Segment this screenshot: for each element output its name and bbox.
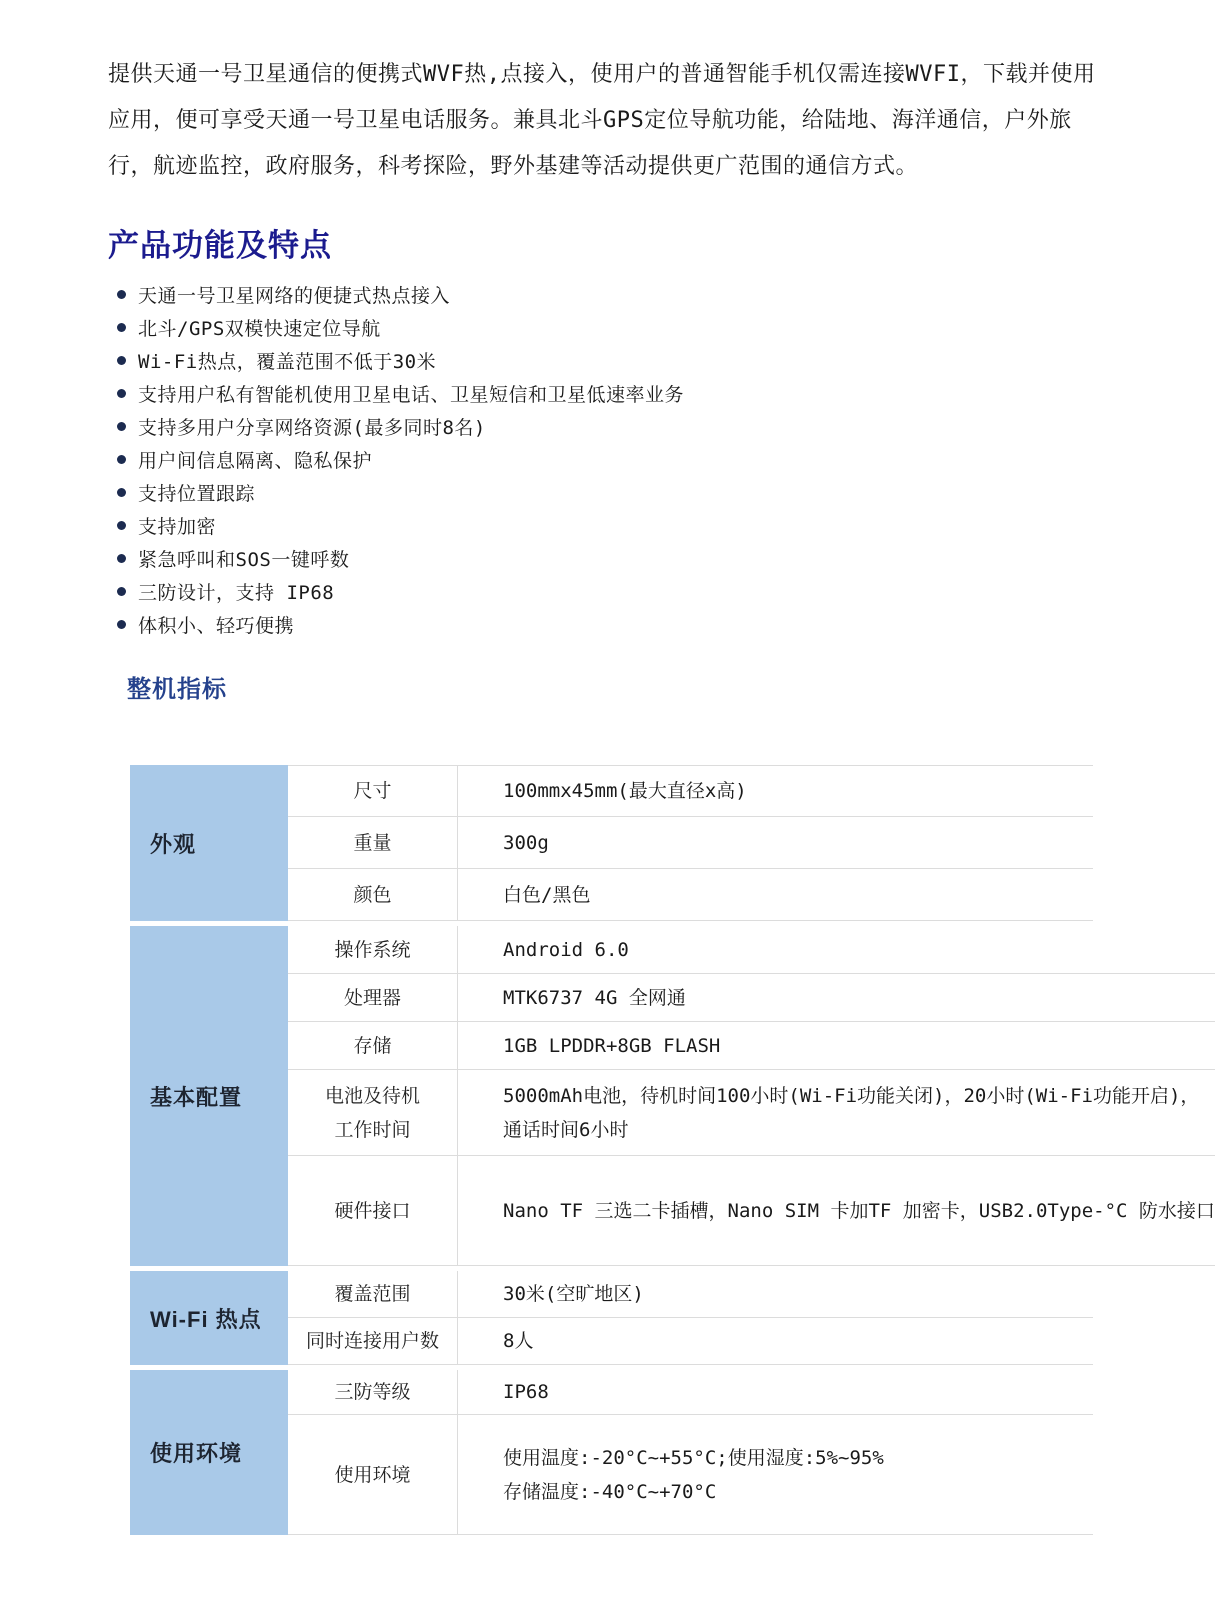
feature-text: 支持加密 (138, 512, 216, 539)
dot-icon (117, 422, 126, 431)
spec-value-line: 30米(空旷地区) (503, 1277, 1093, 1311)
spec-category-cell: 使用环境 (130, 1370, 288, 1535)
spec-value-cell: 30米(空旷地区) (457, 1271, 1093, 1318)
spec-label-cell: 尺寸 (288, 765, 457, 817)
spec-value-line: 使用温度:-20°C~+55°C;使用湿度:5%~95% (503, 1441, 1093, 1475)
spec-label-cell: 三防等级 (288, 1370, 457, 1415)
spec-label-line: 使用环境 (334, 1458, 410, 1492)
spec-label-line: 处理器 (344, 981, 401, 1015)
spec-value-line: Android 6.0 (503, 933, 1215, 967)
dot-icon (117, 389, 126, 398)
feature-text: 支持用户私有智能机使用卫星电话、卫星短信和卫星低速率业务 (138, 380, 684, 407)
feature-text: 支持位置跟踪 (138, 479, 255, 506)
features-list: 天通一号卫星网络的便捷式热点接入北斗/GPS双模快速定位导航Wi-Fi热点，覆盖… (117, 278, 1225, 641)
feature-text: 紧急呼叫和SOS一键呼数 (138, 545, 349, 572)
spec-value-line: Nano TF 三选二卡插槽，Nano SIM 卡加TF 加密卡，USB2.0T… (503, 1194, 1215, 1228)
spec-value-cell: 1GB LPDDR+8GB FLASH (457, 1022, 1215, 1070)
dot-icon (117, 488, 126, 497)
spec-value-cell: MTK6737 4G 全网通 (457, 974, 1215, 1022)
spec-value-cell: 100mmx45mm(最大直径x高) (457, 765, 1093, 817)
spec-label-line: 工作时间 (334, 1113, 410, 1147)
spec-value-cell: 白色/黑色 (457, 869, 1093, 921)
feature-item: 支持多用户分享网络资源(最多同时8名) (117, 410, 1225, 443)
spec-value-cell: 5000mAh电池，待机时间100小时(Wi-Fi功能关闭)，20小时(Wi-F… (457, 1070, 1215, 1156)
spec-label-cell: 处理器 (288, 974, 457, 1022)
feature-item: 用户间信息隔离、隐私保护 (117, 443, 1225, 476)
spec-label-cell: 使用环境 (288, 1415, 457, 1535)
intro-line: 行，航迹监控，政府服务，科考探险，野外基建等活动提供更广范围的通信方式。 (108, 144, 1125, 190)
dot-icon (117, 521, 126, 530)
spec-category-cell: 外观 (130, 765, 288, 921)
feature-text: 支持多用户分享网络资源(最多同时8名) (138, 413, 486, 440)
spec-value-cell: 使用温度:-20°C~+55°C;使用湿度:5%~95%存储温度:-40°C~+… (457, 1415, 1093, 1535)
spec-value-line: 100mmx45mm(最大直径x高) (503, 774, 1093, 808)
spec-value-cell: Android 6.0 (457, 926, 1215, 974)
intro-line: 提供天通一号卫星通信的便携式WVF热,点接入，使用户的普通智能手机仅需连接WVF… (108, 52, 1125, 98)
dot-icon (117, 620, 126, 629)
spec-label-line: 尺寸 (353, 774, 391, 808)
spec-value-cell: 300g (457, 817, 1093, 869)
spec-label-line: 同时连接用户数 (306, 1324, 439, 1358)
spec-value-cell: IP68 (457, 1370, 1093, 1415)
spec-category-cell: 基本配置 (130, 926, 288, 1266)
feature-item: 支持加密 (117, 509, 1225, 542)
spec-label-line: 重量 (353, 826, 391, 860)
feature-text: 三防设计，支持 IP68 (138, 578, 334, 605)
spec-label-cell: 重量 (288, 817, 457, 869)
specs-table: 外观尺寸100mmx45mm(最大直径x高)重量300g颜色白色/黑色基本配置操… (130, 765, 1093, 1535)
feature-item: 北斗/GPS双模快速定位导航 (117, 311, 1225, 344)
spec-label-line: 三防等级 (334, 1375, 410, 1409)
feature-text: 用户间信息隔离、隐私保护 (138, 446, 372, 473)
spec-section: 使用环境三防等级IP68使用环境使用温度:-20°C~+55°C;使用湿度:5%… (130, 1370, 1093, 1535)
feature-item: 支持位置跟踪 (117, 476, 1225, 509)
feature-item: 天通一号卫星网络的便捷式热点接入 (117, 278, 1225, 311)
spec-label-line: 颜色 (353, 878, 391, 912)
spec-value-line: 存储温度:-40°C~+70°C (503, 1475, 1093, 1509)
spec-value-line: 1GB LPDDR+8GB FLASH (503, 1029, 1215, 1063)
feature-item: 紧急呼叫和SOS一键呼数 (117, 542, 1225, 575)
dot-icon (117, 290, 126, 299)
dot-icon (117, 554, 126, 563)
dot-icon (117, 455, 126, 464)
spec-label-cell: 电池及待机工作时间 (288, 1070, 457, 1156)
spec-value-line: 300g (503, 826, 1093, 860)
feature-item: 三防设计，支持 IP68 (117, 575, 1225, 608)
spec-value-cell: Nano TF 三选二卡插槽，Nano SIM 卡加TF 加密卡，USB2.0T… (457, 1156, 1215, 1266)
intro-line: 应用，便可享受天通一号卫星电话服务。兼具北斗GPS定位导航功能，给陆地、海洋通信… (108, 98, 1125, 144)
spec-label-cell: 操作系统 (288, 926, 457, 974)
spec-label-cell: 覆盖范围 (288, 1271, 457, 1318)
intro-paragraph: 提供天通一号卫星通信的便携式WVF热,点接入，使用户的普通智能手机仅需连接WVF… (108, 52, 1125, 190)
spec-label-line: 操作系统 (334, 933, 410, 967)
spec-section: 外观尺寸100mmx45mm(最大直径x高)重量300g颜色白色/黑色 (130, 765, 1093, 921)
dot-icon (117, 356, 126, 365)
specs-heading: 整机指标 (127, 675, 1225, 705)
spec-value-line: MTK6737 4G 全网通 (503, 981, 1215, 1015)
spec-section: 基本配置操作系统Android 6.0处理器MTK6737 4G 全网通存储1G… (130, 926, 1093, 1266)
feature-text: Wi-Fi热点，覆盖范围不低于30米 (138, 347, 436, 374)
feature-text: 北斗/GPS双模快速定位导航 (138, 314, 381, 341)
spec-value-line: 白色/黑色 (503, 878, 1093, 912)
spec-label-line: 存储 (353, 1029, 391, 1063)
spec-label-line: 覆盖范围 (334, 1277, 410, 1311)
features-heading: 产品功能及特点 (108, 226, 1225, 266)
spec-category-cell: Wi-Fi 热点 (130, 1271, 288, 1365)
spec-value-line: 8人 (503, 1324, 1093, 1358)
feature-item: 体积小、轻巧便携 (117, 608, 1225, 641)
spec-label-line: 电池及待机 (325, 1079, 420, 1113)
spec-value-line: 通话时间6小时 (503, 1113, 1215, 1147)
dot-icon (117, 323, 126, 332)
feature-text: 天通一号卫星网络的便捷式热点接入 (138, 281, 450, 308)
product-spec-page: 提供天通一号卫星通信的便携式WVF热,点接入，使用户的普通智能手机仅需连接WVF… (0, 0, 1225, 1600)
spec-label-cell: 颜色 (288, 869, 457, 921)
feature-item: Wi-Fi热点，覆盖范围不低于30米 (117, 344, 1225, 377)
spec-label-cell: 存储 (288, 1022, 457, 1070)
feature-item: 支持用户私有智能机使用卫星电话、卫星短信和卫星低速率业务 (117, 377, 1225, 410)
feature-text: 体积小、轻巧便携 (138, 611, 294, 638)
spec-label-line: 硬件接口 (334, 1194, 410, 1228)
spec-value-line: IP68 (503, 1375, 1093, 1409)
spec-label-cell: 硬件接口 (288, 1156, 457, 1266)
spec-section: Wi-Fi 热点覆盖范围30米(空旷地区)同时连接用户数8人 (130, 1271, 1093, 1365)
dot-icon (117, 587, 126, 596)
spec-value-line: 5000mAh电池，待机时间100小时(Wi-Fi功能关闭)，20小时(Wi-F… (503, 1079, 1215, 1113)
spec-label-cell: 同时连接用户数 (288, 1318, 457, 1365)
spec-value-cell: 8人 (457, 1318, 1093, 1365)
